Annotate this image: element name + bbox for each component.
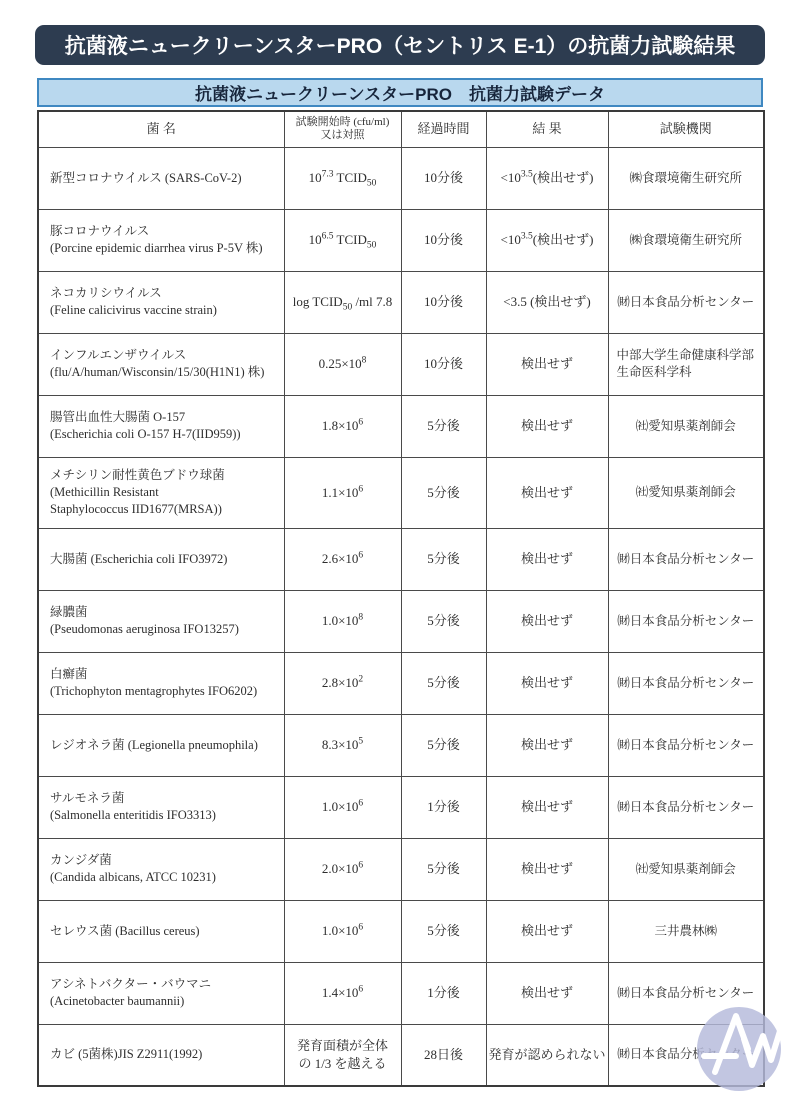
organism-name: インフルエンザウイルス (flu/A/human/Wisconsin/15/30… [38, 333, 284, 395]
elapsed-time: 1分後 [401, 776, 486, 838]
organism-name: 緑膿菌 (Pseudomonas aeruginosa IFO13257) [38, 590, 284, 652]
test-organization: ㈳愛知県薬剤師会 [608, 457, 764, 528]
test-result: <103.5(検出せず) [486, 147, 608, 209]
elapsed-time: 10分後 [401, 147, 486, 209]
organism-name: ネコカリシウイルス (Feline calicivirus vaccine st… [38, 271, 284, 333]
test-organization: ㈶日本食品分析センター [608, 714, 764, 776]
elapsed-time: 10分後 [401, 271, 486, 333]
elapsed-time: 5分後 [401, 714, 486, 776]
table-row: レジオネラ菌 (Legionella pneumophila) 8.3×105 … [38, 714, 764, 776]
table-row: 新型コロナウイルス (SARS-CoV-2) 107.3 TCID50 10分後… [38, 147, 764, 209]
elapsed-time: 10分後 [401, 209, 486, 271]
table-row: 緑膿菌 (Pseudomonas aeruginosa IFO13257) 1.… [38, 590, 764, 652]
test-result: 検出せず [486, 590, 608, 652]
initial-count: 2.0×106 [284, 838, 401, 900]
table-row: 腸管出血性大腸菌 O-157 (Escherichia coli O-157 H… [38, 395, 764, 457]
header-result: 結 果 [486, 111, 608, 147]
test-result: 検出せず [486, 900, 608, 962]
test-organization: 三井農林㈱ [608, 900, 764, 962]
test-organization: ㈳愛知県薬剤師会 [608, 395, 764, 457]
organism-name: メチシリン耐性黄色ブドウ球菌 (Methicillin Resistant St… [38, 457, 284, 528]
header-initial-count: 試験開始時 (cfu/ml) 又は対照 [284, 111, 401, 147]
table-row: カビ (5菌株)JIS Z2911(1992) 発育面積が全体 の 1/3 を越… [38, 1024, 764, 1086]
organism-name: 豚コロナウイルス (Porcine epidemic diarrhea viru… [38, 209, 284, 271]
test-result: <3.5 (検出せず) [486, 271, 608, 333]
test-result: 検出せず [486, 333, 608, 395]
elapsed-time: 5分後 [401, 838, 486, 900]
initial-count: log TCID50 /ml 7.8 [284, 271, 401, 333]
table-row: 大腸菌 (Escherichia coli IFO3972) 2.6×106 5… [38, 528, 764, 590]
initial-count: 2.8×102 [284, 652, 401, 714]
test-organization: 中部大学生命健康科学部 生命医科学科 [608, 333, 764, 395]
test-result: 検出せず [486, 652, 608, 714]
test-result: 検出せず [486, 962, 608, 1024]
test-organization: ㈳愛知県薬剤師会 [608, 838, 764, 900]
initial-count: 1.0×106 [284, 776, 401, 838]
test-organization: ㈶日本食品分析センター [608, 528, 764, 590]
test-result: 発育が認められない [486, 1024, 608, 1086]
organism-name: 大腸菌 (Escherichia coli IFO3972) [38, 528, 284, 590]
table-row: 白癬菌 (Trichophyton mentagrophytes IFO6202… [38, 652, 764, 714]
initial-count: 1.0×106 [284, 900, 401, 962]
table-row: ネコカリシウイルス (Feline calicivirus vaccine st… [38, 271, 764, 333]
organism-name: サルモネラ菌 (Salmonella enteritidis IFO3313) [38, 776, 284, 838]
test-organization: ㈶日本食品分析センター [608, 271, 764, 333]
elapsed-time: 5分後 [401, 900, 486, 962]
header-elapsed-time: 経過時間 [401, 111, 486, 147]
test-results-table: 菌 名 試験開始時 (cfu/ml) 又は対照 経過時間 結 果 試験機関 新型… [37, 110, 765, 1087]
header-organism-name: 菌 名 [38, 111, 284, 147]
initial-count: 発育面積が全体 の 1/3 を越える [284, 1024, 401, 1086]
header-organization: 試験機関 [608, 111, 764, 147]
table-row: インフルエンザウイルス (flu/A/human/Wisconsin/15/30… [38, 333, 764, 395]
initial-count: 1.8×106 [284, 395, 401, 457]
test-result: 検出せず [486, 528, 608, 590]
table-row: サルモネラ菌 (Salmonella enteritidis IFO3313) … [38, 776, 764, 838]
aw-logo-watermark [689, 999, 789, 1099]
test-organization: ㈱食環境衛生研究所 [608, 147, 764, 209]
initial-count: 0.25×108 [284, 333, 401, 395]
test-result: 検出せず [486, 776, 608, 838]
elapsed-time: 5分後 [401, 395, 486, 457]
test-result: 検出せず [486, 395, 608, 457]
table-title-banner: 抗菌液ニュークリーンスターPRO 抗菌力試験データ [37, 78, 763, 107]
elapsed-time: 5分後 [401, 590, 486, 652]
table-row: メチシリン耐性黄色ブドウ球菌 (Methicillin Resistant St… [38, 457, 764, 528]
elapsed-time: 1分後 [401, 962, 486, 1024]
initial-count: 8.3×105 [284, 714, 401, 776]
organism-name: セレウス菌 (Bacillus cereus) [38, 900, 284, 962]
organism-name: カンジダ菌 (Candida albicans, ATCC 10231) [38, 838, 284, 900]
elapsed-time: 28日後 [401, 1024, 486, 1086]
test-organization: ㈶日本食品分析センター [608, 590, 764, 652]
test-organization: ㈶日本食品分析センター [608, 776, 764, 838]
organism-name: アシネトバクター・バウマニ (Acinetobacter baumannii) [38, 962, 284, 1024]
table-row: 豚コロナウイルス (Porcine epidemic diarrhea viru… [38, 209, 764, 271]
initial-count: 106.5 TCID50 [284, 209, 401, 271]
initial-count: 1.1×106 [284, 457, 401, 528]
table-row: セレウス菌 (Bacillus cereus) 1.0×106 5分後 検出せず… [38, 900, 764, 962]
organism-name: カビ (5菌株)JIS Z2911(1992) [38, 1024, 284, 1086]
test-organization: ㈱食環境衛生研究所 [608, 209, 764, 271]
test-organization: ㈶日本食品分析センター [608, 652, 764, 714]
initial-count: 1.0×108 [284, 590, 401, 652]
organism-name: 白癬菌 (Trichophyton mentagrophytes IFO6202… [38, 652, 284, 714]
initial-count: 2.6×106 [284, 528, 401, 590]
elapsed-time: 5分後 [401, 652, 486, 714]
organism-name: 新型コロナウイルス (SARS-CoV-2) [38, 147, 284, 209]
test-result: 検出せず [486, 457, 608, 528]
test-result: 検出せず [486, 714, 608, 776]
elapsed-time: 5分後 [401, 528, 486, 590]
elapsed-time: 5分後 [401, 457, 486, 528]
page-title: 抗菌液ニュークリーンスターPRO（セントリス E-1）の抗菌力試験結果 [35, 25, 765, 65]
table-row: アシネトバクター・バウマニ (Acinetobacter baumannii) … [38, 962, 764, 1024]
organism-name: 腸管出血性大腸菌 O-157 (Escherichia coli O-157 H… [38, 395, 284, 457]
initial-count: 107.3 TCID50 [284, 147, 401, 209]
organism-name: レジオネラ菌 (Legionella pneumophila) [38, 714, 284, 776]
elapsed-time: 10分後 [401, 333, 486, 395]
initial-count: 1.4×106 [284, 962, 401, 1024]
test-result: 検出せず [486, 838, 608, 900]
table-row: カンジダ菌 (Candida albicans, ATCC 10231) 2.0… [38, 838, 764, 900]
table-header-row: 菌 名 試験開始時 (cfu/ml) 又は対照 経過時間 結 果 試験機関 [38, 111, 764, 147]
test-result: <103.5(検出せず) [486, 209, 608, 271]
